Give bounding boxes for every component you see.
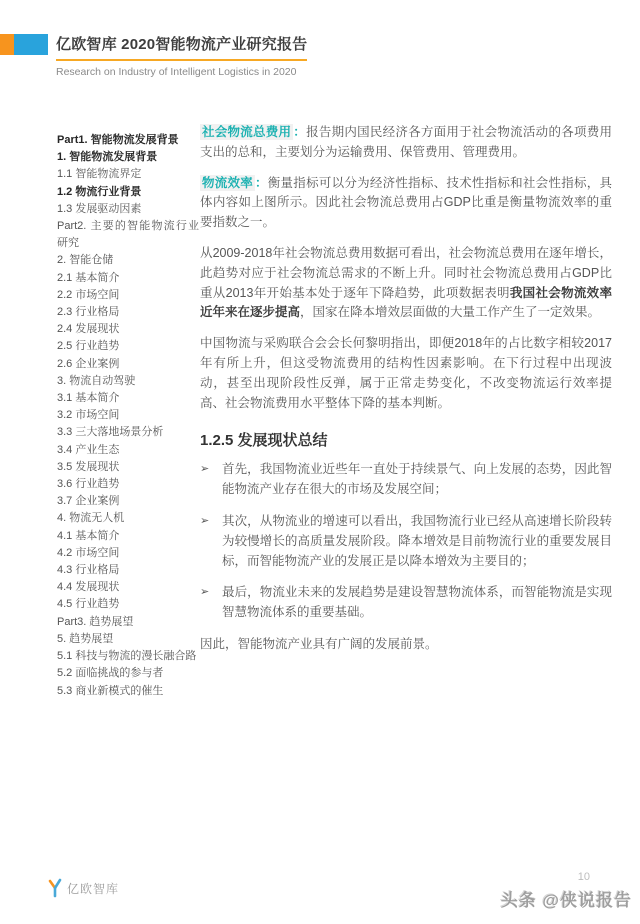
toc-item[interactable]: 5. 趋势展望	[57, 631, 199, 648]
definition-paragraph: 社会物流总费用：报告期内国民经济各方面用于社会物流活动的各项费用支出的总和，主要…	[200, 123, 612, 163]
brand-blue-block	[14, 34, 48, 55]
body-paragraph: 因此，智能物流产业具有广阔的发展前景。	[200, 635, 612, 655]
bullet-item: ➢其次，从物流业的增速可以看出，我国物流行业已经从高速增长阶段转为较慢增长的高质…	[200, 512, 612, 571]
yiou-logo-icon	[47, 878, 63, 898]
toc-item[interactable]: 1. 智能物流发展背景	[57, 149, 199, 166]
toc-item[interactable]: 3.2 市场空间	[57, 407, 199, 424]
bullet-text: 最后，物流业未来的发展趋势是建设智慧物流体系，而智能物流是实现智慧物流体系的重要…	[222, 583, 612, 623]
body-paragraph: 中国物流与采购联合会会长何黎明指出，即便2018年的占比数字相较2017年有所上…	[200, 334, 612, 413]
highlighted-term: 社会物流总费用	[200, 124, 293, 140]
page-title: 亿欧智库 2020智能物流产业研究报告	[56, 33, 307, 61]
toc-item[interactable]: 3.5 发展现状	[57, 459, 199, 476]
toc-item[interactable]: 4. 物流无人机	[57, 510, 199, 527]
toc-item[interactable]: 1.3 发展驱动因素	[57, 201, 199, 218]
toc-item[interactable]: 1.2 物流行业背景	[57, 184, 199, 201]
brand-orange-block	[0, 34, 14, 55]
page-number: 10	[578, 871, 590, 883]
body-text: 中国物流与采购联合会会长何黎明指出，即便2018年的占比数字相较2017年有所上…	[200, 336, 612, 409]
toc-item[interactable]: 2.1 基本简介	[57, 270, 199, 287]
toc-item[interactable]: 2.6 企业案例	[57, 356, 199, 373]
bullet-arrow-icon: ➢	[200, 460, 222, 500]
body-text: ，国家在降本增效层面做的大量工作产生了一定效果。	[300, 305, 600, 319]
toc-item[interactable]: 2.2 市场空间	[57, 287, 199, 304]
toc-item[interactable]: 5.2 面临挑战的参与者	[57, 665, 199, 682]
footer-logo: 亿欧智库	[47, 878, 119, 898]
toc-item[interactable]: 2.3 行业格局	[57, 304, 199, 321]
report-page: 亿欧智库 2020智能物流产业研究报告 Research on Industry…	[0, 0, 640, 924]
toc-item[interactable]: 4.5 行业趋势	[57, 596, 199, 613]
toc-sidebar: Part1. 智能物流发展背景1. 智能物流发展背景1.1 智能物流界定1.2 …	[57, 132, 199, 700]
toc-item[interactable]: 4.4 发展现状	[57, 579, 199, 596]
bullet-item: ➢首先，我国物流业近些年一直处于持续景气、向上发展的态势，因此智能物流产业存在很…	[200, 460, 612, 500]
definition-paragraph: 物流效率：衡量指标可以分为经济性指标、技术性指标和社会性指标，具体内容如上图所示…	[200, 174, 612, 233]
bullet-arrow-icon: ➢	[200, 512, 222, 571]
bullet-arrow-icon: ➢	[200, 583, 222, 623]
main-content: 社会物流总费用：报告期内国民经济各方面用于社会物流活动的各项费用支出的总和，主要…	[200, 123, 612, 666]
toc-item[interactable]: Part2. 主要的智能物流行业研究	[57, 218, 199, 252]
toc-item[interactable]: 2.5 行业趋势	[57, 338, 199, 355]
toc-item[interactable]: 3.3 三大落地场景分析	[57, 424, 199, 441]
toc-item[interactable]: 4.1 基本简介	[57, 528, 199, 545]
toc-item[interactable]: Part3. 趋势展望	[57, 614, 199, 631]
body-text: 因此，智能物流产业具有广阔的发展前景。	[200, 637, 438, 651]
page-subtitle: Research on Industry of Intelligent Logi…	[56, 66, 640, 78]
term-separator: ：	[255, 176, 268, 190]
brand-mark	[0, 34, 48, 55]
bullet-text: 首先，我国物流业近些年一直处于持续景气、向上发展的态势，因此智能物流产业存在很大…	[222, 460, 612, 500]
toc-item[interactable]: 3.6 行业趋势	[57, 476, 199, 493]
toc-item[interactable]: 3.4 产业生态	[57, 442, 199, 459]
toc-item[interactable]: 3. 物流自动驾驶	[57, 373, 199, 390]
body-paragraph: 从2009-2018年社会物流总费用数据可看出，社会物流总费用在逐年增长，此趋势…	[200, 244, 612, 323]
bullet-text: 其次，从物流业的增速可以看出，我国物流行业已经从高速增长阶段转为较慢增长的高质量…	[222, 512, 612, 571]
header-text: 亿欧智库 2020智能物流产业研究报告 Research on Industry…	[56, 33, 640, 78]
toc-item[interactable]: 3.7 企业案例	[57, 493, 199, 510]
toc-item[interactable]: Part1. 智能物流发展背景	[57, 132, 199, 149]
toc-item[interactable]: 1.1 智能物流界定	[57, 166, 199, 183]
term-separator: ：	[293, 125, 306, 139]
toc-item[interactable]: 2. 智能仓储	[57, 252, 199, 269]
toc-item[interactable]: 2.4 发展现状	[57, 321, 199, 338]
toc-item[interactable]: 4.3 行业格局	[57, 562, 199, 579]
bullet-item: ➢最后，物流业未来的发展趋势是建设智慧物流体系，而智能物流是实现智慧物流体系的重…	[200, 583, 612, 623]
toc-item[interactable]: 4.2 市场空间	[57, 545, 199, 562]
watermark: 头条 @侠说报告	[501, 886, 632, 911]
report-header: 亿欧智库 2020智能物流产业研究报告 Research on Industry…	[0, 33, 640, 78]
footer-logo-text: 亿欧智库	[67, 880, 119, 897]
section-heading: 1.2.5 发展现状总结	[200, 429, 612, 450]
toc-item[interactable]: 5.3 商业新模式的催生	[57, 683, 199, 700]
toc-item[interactable]: 3.1 基本简介	[57, 390, 199, 407]
highlighted-term: 物流效率	[200, 175, 255, 191]
toc-item[interactable]: 5.1 科技与物流的漫长融合路	[57, 648, 199, 665]
